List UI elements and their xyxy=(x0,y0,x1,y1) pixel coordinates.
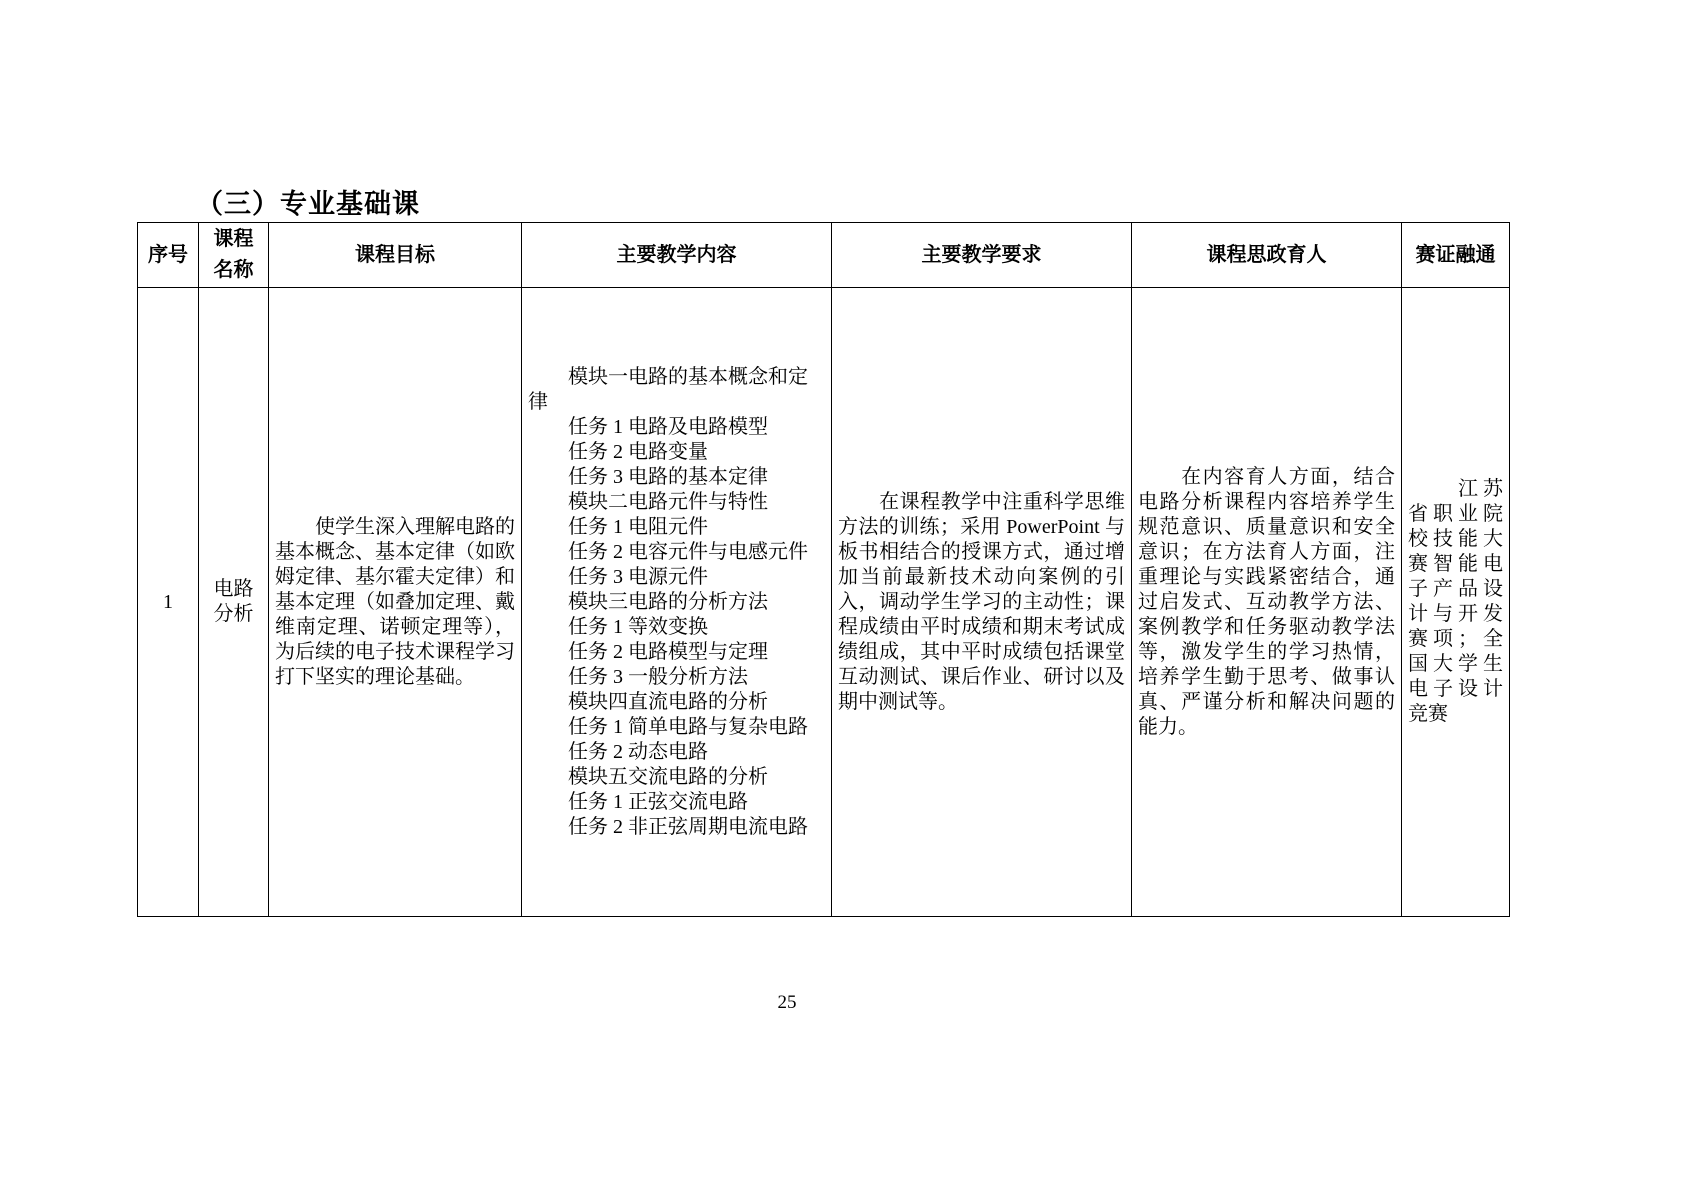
header-course-objectives: 课程目标 xyxy=(269,223,522,288)
header-ideological-education: 课程思政育人 xyxy=(1132,223,1402,288)
cell-teaching-content: 模块一电路的基本概念和定律 任务 1 电路及电路模型 任务 2 电路变量 任务 … xyxy=(522,288,832,917)
cell-teaching-requirements: 在课程教学中注重科学思维方法的训练；采用 PowerPoint 与板书相结合的授… xyxy=(832,288,1132,917)
course-table: 序号 课程名称 课程目标 主要教学内容 主要教学要求 课程思政育人 赛证融通 1… xyxy=(137,222,1510,917)
header-teaching-requirements: 主要教学要求 xyxy=(832,223,1132,288)
document-page: （三）专业基础课 序号 课程名称 课程目标 主要教学内容 主要教学要求 课程思政… xyxy=(0,0,1684,1191)
cell-course-name: 电路分析 xyxy=(199,288,269,917)
table-header-row: 序号 课程名称 课程目标 主要教学内容 主要教学要求 课程思政育人 赛证融通 xyxy=(138,223,1510,288)
table-row: 1 电路分析 使学生深入理解电路的基本概念、基本定律（如欧姆定律、基尔霍夫定律）… xyxy=(138,288,1510,917)
page-title: （三）专业基础课 xyxy=(196,182,420,221)
cell-course-objectives: 使学生深入理解电路的基本概念、基本定律（如欧姆定律、基尔霍夫定律）和基本定理（如… xyxy=(269,288,522,917)
header-competition-certificate: 赛证融通 xyxy=(1402,223,1510,288)
cell-serial-number: 1 xyxy=(138,288,199,917)
header-serial-number: 序号 xyxy=(138,223,199,288)
cell-competition-certificate: 江苏省职业院校技能大赛智能电子产品设计与开发赛项；全国大学生电子设计竞赛 xyxy=(1402,288,1510,917)
header-teaching-content: 主要教学内容 xyxy=(522,223,832,288)
cell-ideological-education: 在内容育人方面，结合电路分析课程内容培养学生规范意识、质量意识和安全意识；在方法… xyxy=(1132,288,1402,917)
header-course-name: 课程名称 xyxy=(199,223,269,288)
page-number: 25 xyxy=(737,992,837,1014)
